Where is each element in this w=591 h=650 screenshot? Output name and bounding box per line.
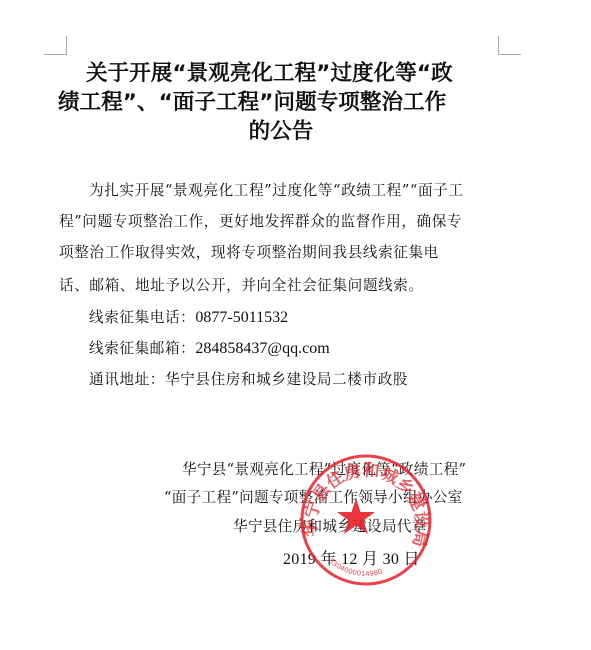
official-seal-stamp: 华宁县住房和城乡建设局 5304000014980 xyxy=(298,452,434,588)
svg-text:华宁县住房和城乡建设局: 华宁县住房和城乡建设局 xyxy=(300,460,433,549)
page-corner-mark-right xyxy=(498,36,521,55)
phone-label: 线索征集电话： xyxy=(89,309,195,326)
address-label: 通讯地址： xyxy=(89,371,165,388)
body-line-2: 程”问题专项整治工作，更好地发挥群众的监督作用，确保专 xyxy=(59,212,462,232)
body-line-3: 项整治工作取得实效，现将专项整治期间我县线索征集电 xyxy=(59,243,439,263)
contact-phone: 线索征集电话：0877-5011532 xyxy=(89,308,288,328)
address-value: 华宁县住房和城乡建设局二楼市政股 xyxy=(165,371,408,388)
title-line-2: 绩工程”、“面子工程”问题专项整治工作 xyxy=(58,88,508,117)
contact-address: 通讯地址：华宁县住房和城乡建设局二楼市政股 xyxy=(89,370,408,390)
page-corner-mark-left xyxy=(44,36,67,55)
body-line-1: 为扎实开展“景观亮化工程”过度化等“政绩工程”“面子工 xyxy=(89,181,464,201)
star-icon xyxy=(337,498,375,534)
email-value: 284858437@qq.com xyxy=(195,340,329,357)
email-label: 线索征集邮箱： xyxy=(89,340,195,357)
contact-email: 线索征集邮箱：284858437@qq.com xyxy=(89,339,330,359)
title-line-3: 的公告 xyxy=(0,117,562,146)
document-page: 关于开展“景观亮化工程”过度化等“政 绩工程”、“面子工程”问题专项整治工作 的… xyxy=(0,0,591,650)
phone-value: 0877-5011532 xyxy=(195,309,288,326)
body-line-4: 话、邮箱、地址予以公开，并向全社会征集问题线索。 xyxy=(59,276,424,296)
title-line-1: 关于开展“景观亮化工程”过度化等“政 xyxy=(86,59,506,88)
